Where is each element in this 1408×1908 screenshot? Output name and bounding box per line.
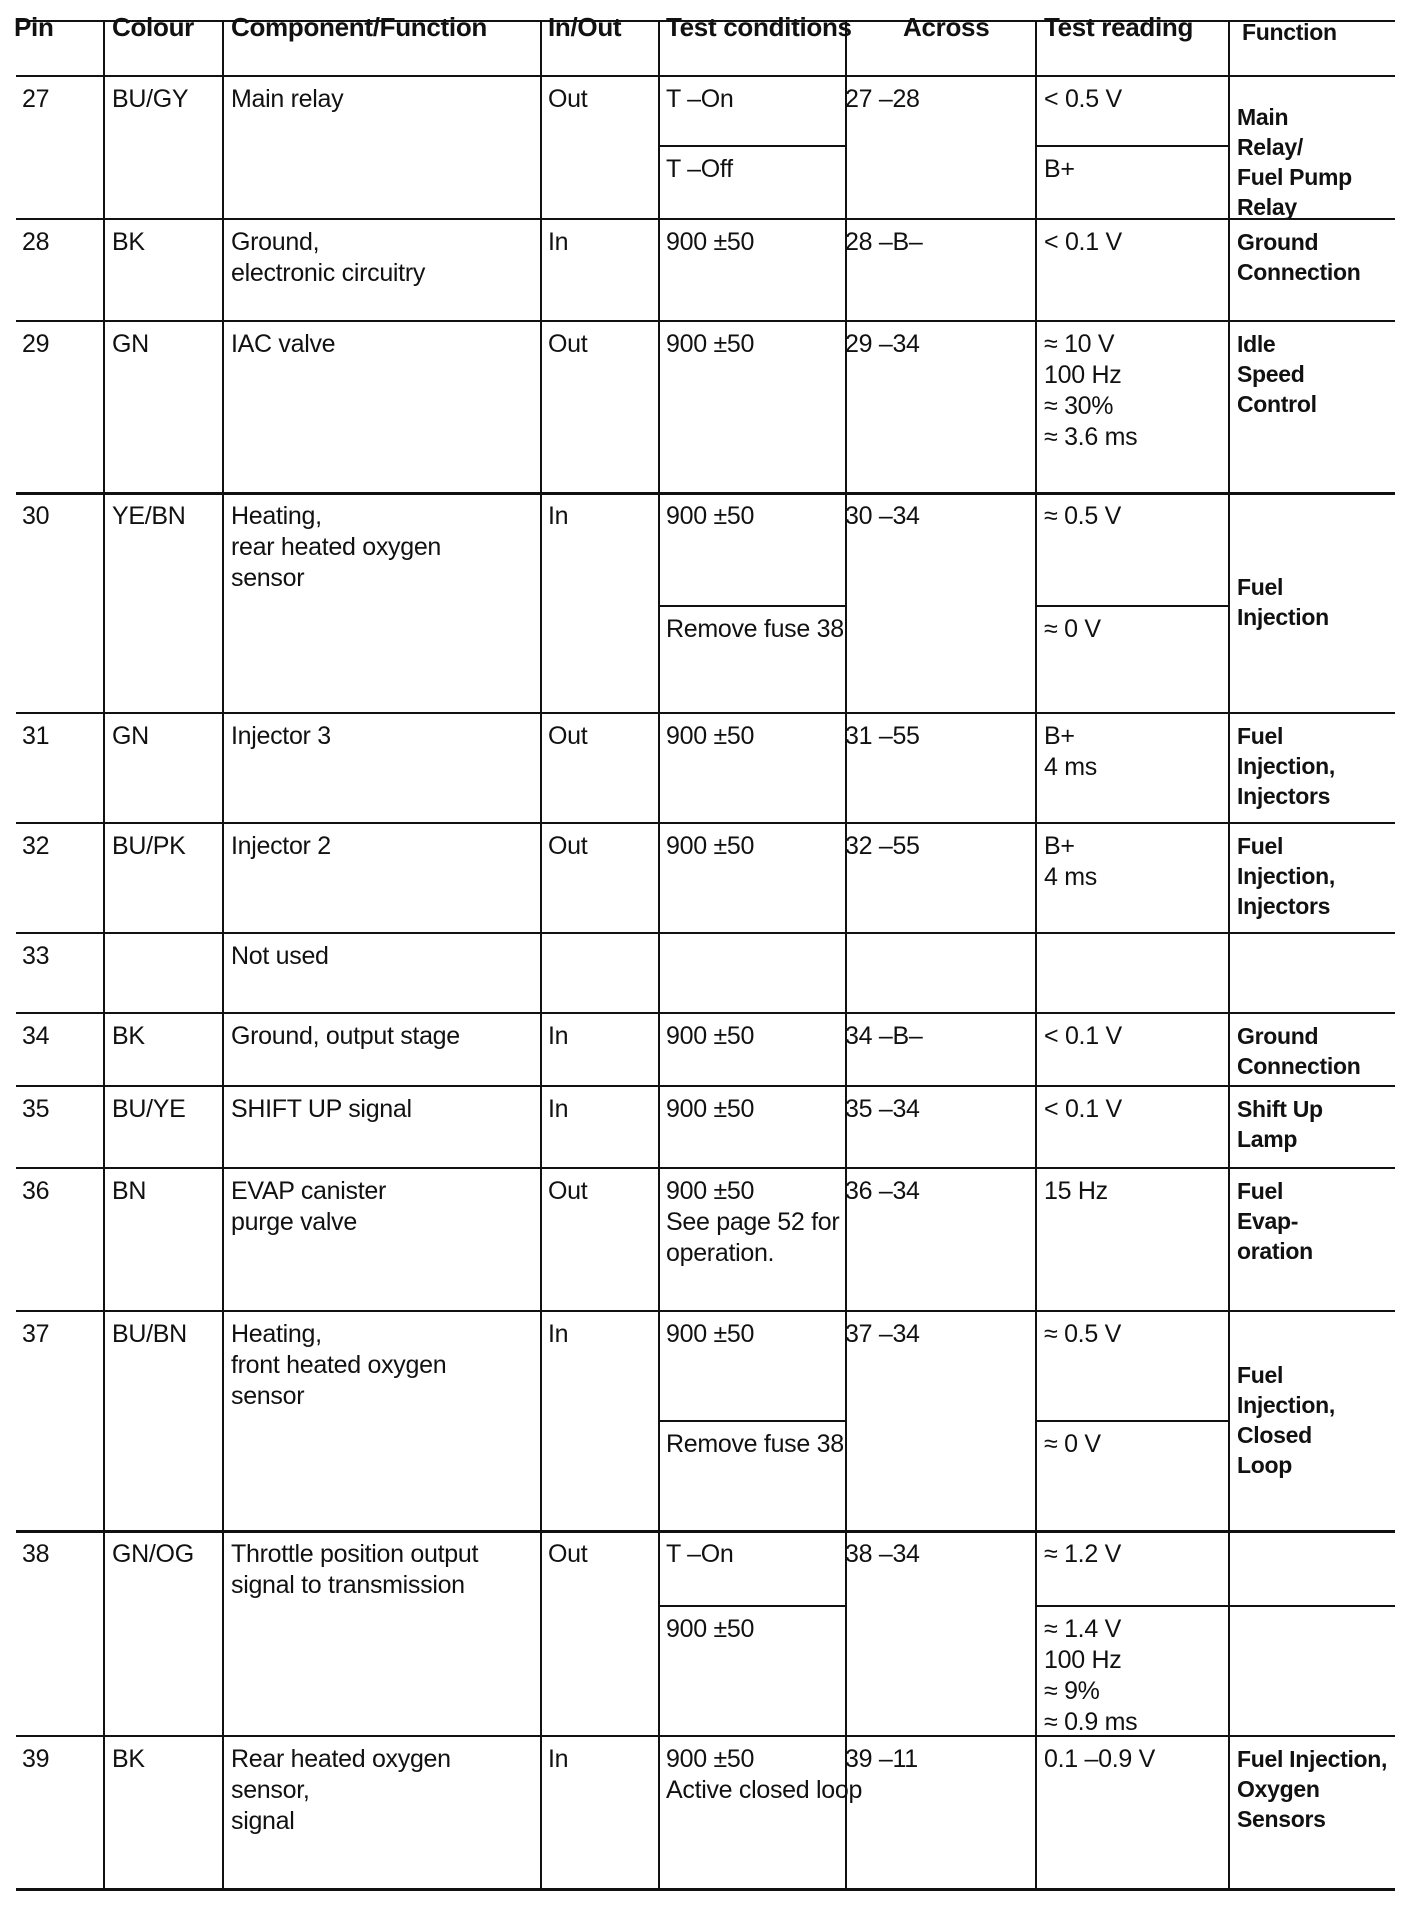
cell-function: Fuel Injection, Closed Loop [1237,1360,1335,1480]
column-divider [1228,20,1230,1888]
cell-pin: 28 [22,227,49,258]
cell-colour: BK [112,227,145,258]
cell-function: Fuel Evap- oration [1237,1176,1313,1266]
cell-pin: 30 [22,501,49,532]
cell-test-reading: ≈ 1.2 V [1044,1539,1121,1570]
row-divider [658,1420,845,1422]
cell-test-condition: 900 ±50 [666,1319,754,1350]
cell-component: Injector 3 [231,721,331,752]
cell-pin: 37 [22,1319,49,1350]
header-pin: Pin [14,12,54,43]
cell-across: 38 –34 [845,1539,920,1570]
cell-test-condition: 900 ±50 Active closed loop [666,1744,862,1806]
cell-colour: BK [112,1021,145,1052]
cell-test-condition: T –Off [666,154,733,185]
cell-component: SHIFT UP signal [231,1094,412,1125]
cell-inout: Out [548,721,587,752]
row-divider [1228,1605,1395,1607]
cell-pin: 27 [22,84,49,115]
cell-function: Main Relay/ Fuel Pump Relay [1237,102,1352,222]
cell-test-reading: ≈ 0 V [1044,614,1101,645]
cell-test-reading: ≈ 10 V 100 Hz ≈ 30% ≈ 3.6 ms [1044,329,1137,453]
cell-inout: Out [548,329,587,360]
cell-test-condition: T –On [666,84,734,115]
cell-test-reading: ≈ 0 V [1044,1429,1101,1460]
row-divider [16,1888,1395,1891]
header-test-reading: Test reading [1044,12,1193,43]
header-test-conditions: Test conditions [666,12,852,43]
cell-colour: GN/OG [112,1539,194,1570]
cell-across: 27 –28 [845,84,920,115]
cell-function: Ground Connection [1237,1021,1361,1081]
cell-across: 29 –34 [845,329,920,360]
cell-component: IAC valve [231,329,335,360]
row-divider [1035,145,1228,147]
cell-function: Shift Up Lamp [1237,1094,1323,1154]
cell-component: Rear heated oxygen sensor, signal [231,1744,451,1837]
row-divider [658,605,845,607]
cell-pin: 38 [22,1539,49,1570]
cell-test-reading: < 0.1 V [1044,227,1122,258]
cell-test-condition: 900 ±50 [666,501,754,532]
row-divider [1035,605,1228,607]
cell-colour: BU/GY [112,84,188,115]
cell-test-reading: ≈ 1.4 V 100 Hz ≈ 9% ≈ 0.9 ms [1044,1614,1137,1738]
cell-component: Ground, output stage [231,1021,460,1052]
cell-component: Ground, electronic circuitry [231,227,425,289]
column-divider [222,20,224,1888]
cell-inout: In [548,1319,568,1350]
cell-inout: Out [548,831,587,862]
cell-pin: 33 [22,941,49,972]
cell-inout: In [548,1744,568,1775]
row-divider [1035,1605,1228,1607]
column-divider [1035,20,1037,1888]
cell-inout: Out [548,1539,587,1570]
cell-test-condition: Remove fuse 38 [666,1429,844,1460]
cell-across: 32 –55 [845,831,920,862]
cell-colour: BK [112,1744,145,1775]
header-component: Component/Function [231,12,487,43]
cell-colour: GN [112,329,149,360]
cell-component: EVAP canister purge valve [231,1176,386,1238]
cell-function: Ground Connection [1237,227,1361,287]
cell-colour: GN [112,721,149,752]
cell-test-reading: < 0.5 V [1044,84,1122,115]
cell-across: 30 –34 [845,501,920,532]
cell-across: 37 –34 [845,1319,920,1350]
cell-pin: 36 [22,1176,49,1207]
cell-test-condition: 900 ±50 [666,227,754,258]
cell-test-condition: 900 ±50 [666,831,754,862]
cell-component: Injector 2 [231,831,331,862]
cell-test-reading: < 0.1 V [1044,1021,1122,1052]
cell-function: Fuel Injection, Oxygen Sensors [1237,1744,1387,1834]
cell-test-reading: 0.1 –0.9 V [1044,1744,1155,1775]
cell-colour: BN [112,1176,146,1207]
cell-test-reading: 15 Hz [1044,1176,1108,1207]
cell-test-reading: ≈ 0.5 V [1044,501,1121,532]
cell-pin: 34 [22,1021,49,1052]
cell-pin: 31 [22,721,49,752]
cell-inout: In [548,1094,568,1125]
cell-across: 39 –11 [845,1744,918,1775]
header-colour: Colour [112,12,194,43]
cell-test-reading: B+ 4 ms [1044,831,1097,893]
pin-test-table: Pin Colour Component/Function In/Out Tes… [0,0,1408,1908]
cell-pin: 35 [22,1094,49,1125]
cell-test-condition: 900 ±50 [666,329,754,360]
cell-colour: BU/YE [112,1094,186,1125]
cell-pin: 39 [22,1744,49,1775]
column-divider [845,20,847,1888]
header-across: Across [903,12,989,43]
cell-inout: Out [548,1176,587,1207]
row-divider [658,1605,845,1607]
row-divider [1035,1420,1228,1422]
cell-colour: BU/PK [112,831,186,862]
cell-test-condition: Remove fuse 38 [666,614,844,645]
cell-test-reading: B+ [1044,154,1075,185]
cell-colour: YE/BN [112,501,186,532]
cell-test-condition: 900 ±50 [666,1094,754,1125]
column-divider [658,20,660,1888]
cell-function: Fuel Injection [1237,572,1329,632]
header-inout: In/Out [548,12,621,43]
cell-across: 35 –34 [845,1094,920,1125]
cell-component: Heating, front heated oxygen sensor [231,1319,446,1412]
cell-across: 28 –B– [845,227,922,258]
cell-test-condition: 900 ±50 See page 52 for operation. [666,1176,839,1269]
cell-across: 34 –B– [845,1021,922,1052]
cell-colour: BU/BN [112,1319,187,1350]
cell-test-reading: B+ 4 ms [1044,721,1097,783]
cell-inout: In [548,1021,568,1052]
cell-function: Idle Speed Control [1237,329,1317,419]
cell-component: Not used [231,941,329,972]
cell-component: Throttle position output signal to trans… [231,1539,478,1601]
cell-test-condition: 900 ±50 [666,1614,754,1645]
cell-function: Fuel Injection, Injectors [1237,721,1335,811]
column-divider [103,20,105,1888]
cell-test-condition: T –On [666,1539,734,1570]
cell-test-reading: < 0.1 V [1044,1094,1122,1125]
cell-test-reading: ≈ 0.5 V [1044,1319,1121,1350]
cell-test-condition: 900 ±50 [666,1021,754,1052]
cell-across: 31 –55 [845,721,920,752]
cell-inout: In [548,501,568,532]
column-divider [540,20,542,1888]
cell-inout: Out [548,84,587,115]
cell-function: Fuel Injection, Injectors [1237,831,1335,921]
cell-inout: In [548,227,568,258]
row-divider [658,145,845,147]
cell-across: 36 –34 [845,1176,920,1207]
cell-pin: 32 [22,831,49,862]
cell-component: Main relay [231,84,343,115]
cell-test-condition: 900 ±50 [666,721,754,752]
cell-pin: 29 [22,329,49,360]
cell-component: Heating, rear heated oxygen sensor [231,501,441,594]
